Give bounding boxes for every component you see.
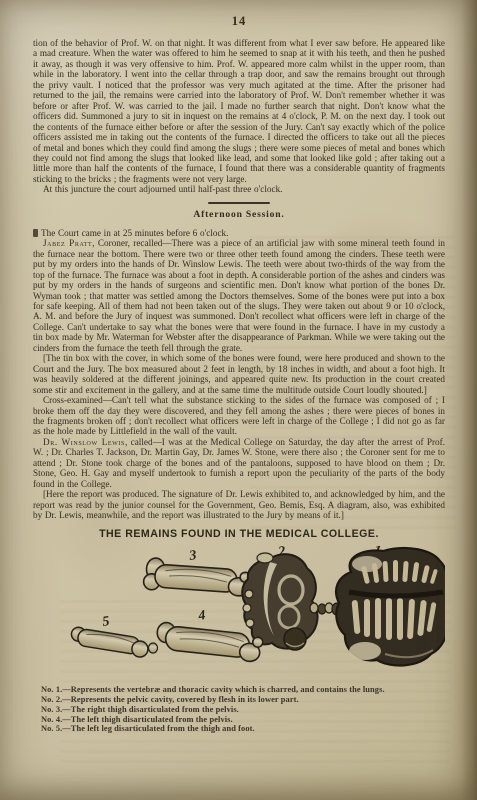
figure-label-4: 4 bbox=[196, 609, 206, 625]
court-time-line: The Court came in at 25 minutes before 6… bbox=[33, 228, 445, 238]
figure-captions: No. 1.—Represents the vertebræ and thora… bbox=[41, 685, 445, 734]
page-gutter-shadow bbox=[461, 0, 477, 800]
witness-name-lewis: Dr. Winslow Lewis bbox=[43, 437, 125, 447]
bone-pelvic-cavity bbox=[242, 553, 317, 650]
testimony-paragraph-continued: tion of the behavior of Prof. W. on that… bbox=[33, 38, 445, 184]
caption-no-3: No. 3.—The right thigh disarticulated fr… bbox=[41, 705, 445, 715]
caption-no-4: No. 4.—The left thigh disarticulated fro… bbox=[41, 715, 445, 725]
witness-name-pratt: Jabez Pratt bbox=[43, 238, 92, 248]
scanned-book-page: 14 tion of the behavior of Prof. W. on t… bbox=[0, 0, 477, 800]
testimony-pratt-text: , Coroner, recalled—There was a piece of… bbox=[33, 238, 445, 353]
figure-label-3: 3 bbox=[187, 549, 197, 565]
tin-box-note: [The tin box with the cover, in which so… bbox=[33, 353, 445, 395]
cross-examined-paragraph: Cross-examined—Can't tell what the subst… bbox=[33, 395, 445, 437]
caption-no-2: No. 2.—Represents the pelvic cavity, cov… bbox=[41, 695, 445, 705]
caption-no-5: No. 5.—The left leg disarticulated from … bbox=[41, 724, 445, 734]
caption-no-1: No. 1.—Represents the vertebræ and thora… bbox=[41, 685, 445, 695]
figure-title: THE REMAINS FOUND IN THE MEDICAL COLLEGE… bbox=[33, 528, 445, 540]
bone-left-thigh bbox=[155, 622, 264, 663]
bone-right-thigh bbox=[143, 558, 251, 597]
bone-fragment-knob bbox=[149, 643, 158, 653]
text-column: 14 tion of the behavior of Prof. W. on t… bbox=[33, 14, 445, 734]
page-number: 14 bbox=[33, 14, 445, 29]
report-note: [Here the report was produced. The signa… bbox=[33, 489, 445, 520]
testimony-pratt: Jabez Pratt, Coroner, recalled—There was… bbox=[33, 238, 445, 353]
figure-label-5: 5 bbox=[101, 615, 110, 631]
adjournment-line: At this juncture the court adjourned unt… bbox=[33, 184, 445, 194]
bone-thoracic-cavity bbox=[336, 548, 445, 666]
bone-left-leg bbox=[70, 627, 150, 659]
testimony-lewis: Dr. Winslow Lewis, called—I was at the M… bbox=[33, 437, 445, 489]
court-time-text: The Court came in at 25 minutes before 6… bbox=[41, 228, 228, 238]
ink-blot bbox=[33, 229, 38, 237]
session-heading: Afternoon Session. bbox=[33, 209, 445, 220]
remains-engraving: 3 2 1 5 4 bbox=[33, 542, 445, 682]
section-divider bbox=[208, 202, 270, 204]
